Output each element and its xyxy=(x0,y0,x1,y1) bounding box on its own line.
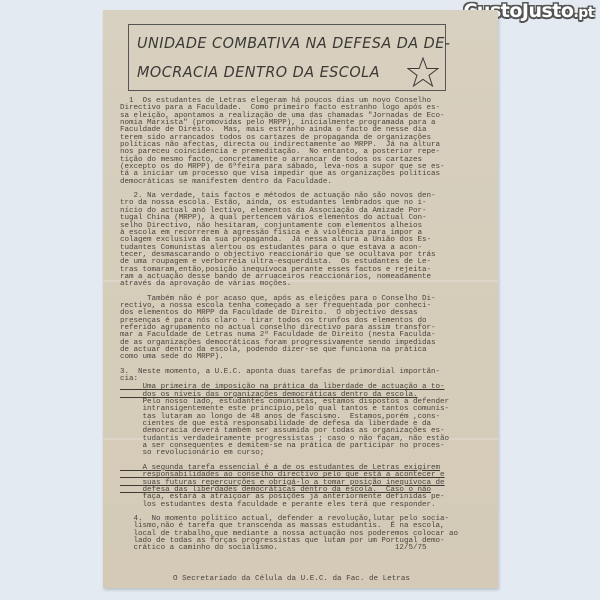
title-box: UNIDADE COMBATIVA NA DEFESA DA DE- MOCRA… xyxy=(128,24,446,91)
paragraph-4: 3. Neste momento, a U.E.C. aponta duas t… xyxy=(120,369,492,384)
leaflet-paper: UNIDADE COMBATIVA NA DEFESA DA DE- MOCRA… xyxy=(103,10,498,588)
text-line: los estudantes desta faculdade e perante… xyxy=(120,502,492,509)
signature: O Secretariado da Célula da U.E.C. da Fa… xyxy=(173,575,410,583)
paragraph-7: 4. No momento político actual, defender … xyxy=(120,516,492,553)
text-line: so revolucionário em curso; xyxy=(120,450,492,457)
paragraph-2: 2. Na verdade, tais factos e métodos de … xyxy=(120,193,492,288)
paragraph-5: Uma primeira de imposição na prática da … xyxy=(120,384,492,457)
text-line: como uma sede do MRPP). xyxy=(120,354,492,361)
paragraph-1: 1 Os estudantes de Letras elegeram há po… xyxy=(120,98,492,186)
paragraph-6: A segunda tarefa essencial é a de os est… xyxy=(120,465,492,509)
text-line: cia: xyxy=(120,376,492,383)
title-line-2: MOCRACIA DENTRO DA ESCOLA xyxy=(137,63,380,81)
document-body: 1 Os estudantes de Letras elegeram há po… xyxy=(120,98,492,560)
text-line: democráticas se manifestem dentro da Fac… xyxy=(120,179,492,186)
title-line-1: UNIDADE COMBATIVA NA DEFESA DA DE- xyxy=(137,34,450,52)
text-line: 3. Neste momento, a U.E.C. aponta duas t… xyxy=(120,369,492,376)
watermark-tld: .pt xyxy=(573,5,594,21)
paragraph-3: Também não é por acaso que, após as elei… xyxy=(120,296,492,362)
text-line: através da aprovação de várias moções. xyxy=(120,281,492,288)
text-line: crático a caminho do socialismo. 12/5/75 xyxy=(120,545,492,552)
star-icon xyxy=(407,57,439,87)
